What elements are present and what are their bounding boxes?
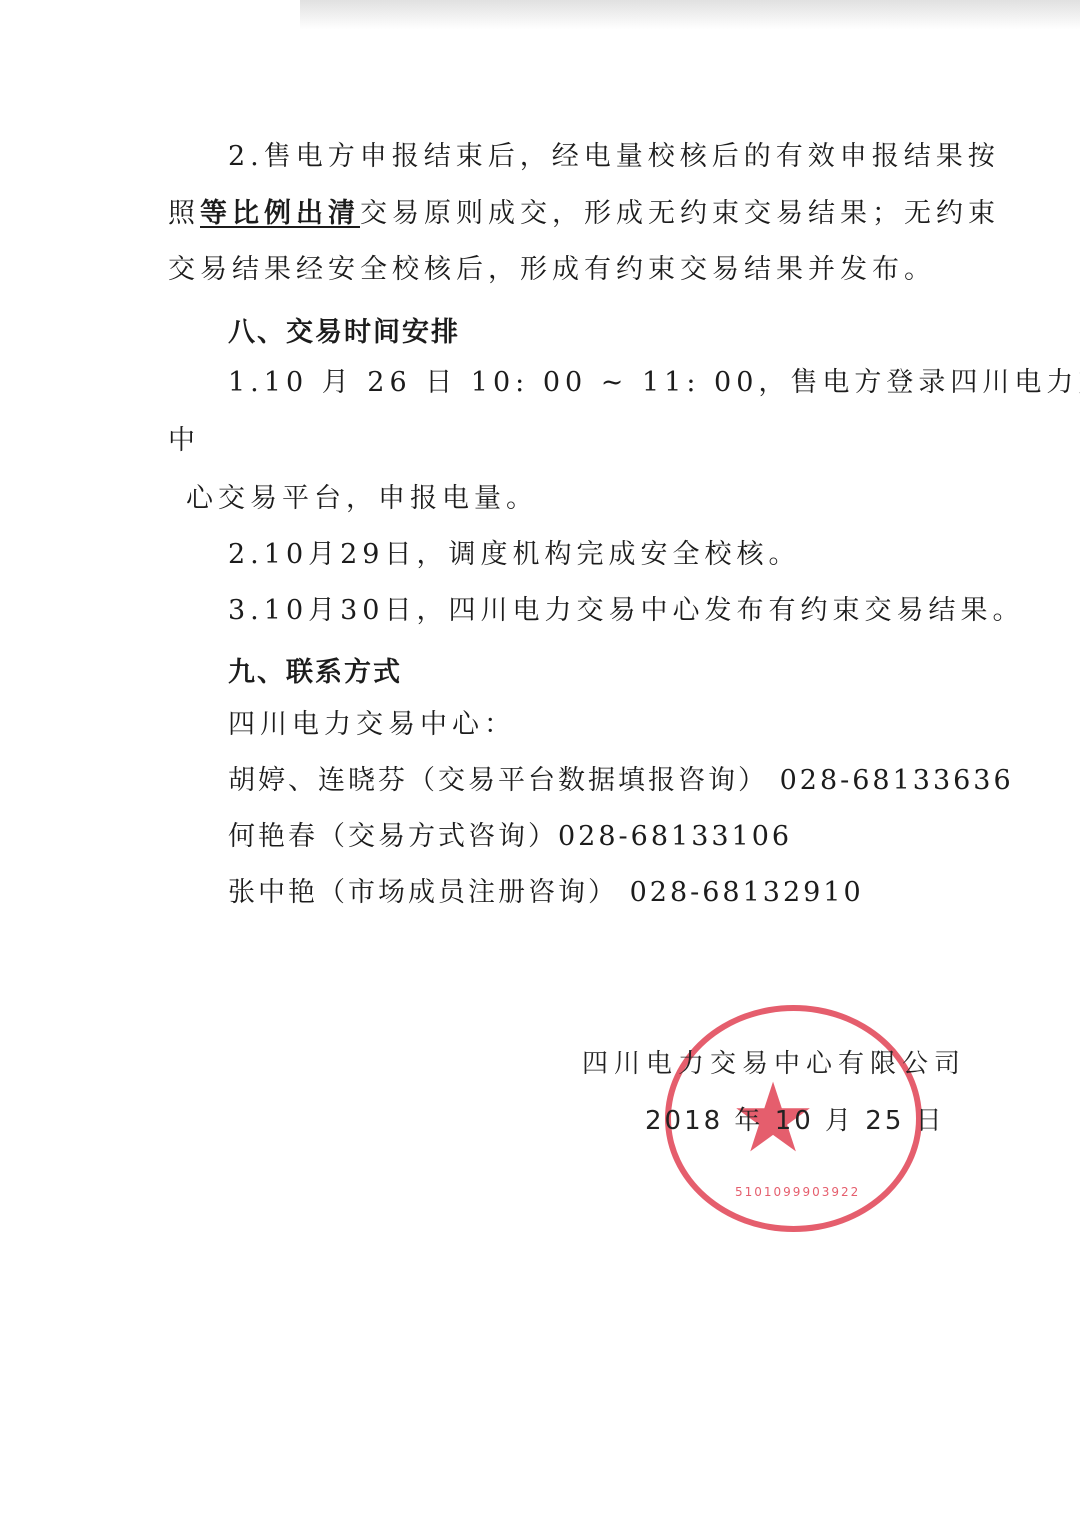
signature-company: 四川电力交易中心有限公司: [582, 1043, 966, 1080]
contact-org: 四川电力交易中心：: [228, 708, 516, 742]
contact-2: 何艳春（交易方式咨询）028-68133106: [228, 820, 792, 854]
contact-1: 胡婷、连晓芬（交易平台数据填报咨询） 028-68133636: [228, 764, 1014, 798]
signature-date: 2018 年 10 月 25 日: [645, 1100, 945, 1137]
schedule-item-1: 1.10 月 26 日 10: 00 ~ 11: 00，售电方登录四川电力交易: [228, 366, 1080, 400]
emphasis-text: 等比例出清: [200, 198, 360, 229]
section-heading-8: 八、交易时间安排: [228, 310, 460, 349]
scan-shadow: [300, 0, 1080, 30]
contact-3: 张中艳（市场成员注册咨询） 028-68132910: [228, 876, 864, 910]
text: 照: [168, 198, 200, 229]
para-7-2-line3: 交易结果经安全校核后，形成有约束交易结果并发布。: [168, 253, 936, 287]
para-7-2-line2: 照等比例出清交易原则成交，形成无约束交易结果；无约束: [168, 197, 1000, 231]
para-7-2-line1: 2.售电方申报结束后，经电量校核后的有效申报结果按: [228, 140, 1000, 174]
schedule-item-3: 3.10月30日，四川电力交易中心发布有约束交易结果。: [228, 594, 1024, 628]
section-heading-9: 九、联系方式: [228, 650, 402, 689]
schedule-item-1-cont2: 心交易平台，申报电量。: [186, 482, 538, 516]
schedule-item-1-cont: 中: [168, 424, 200, 458]
text: 交易原则成交，形成无约束交易结果；无约束: [360, 198, 1000, 229]
seal-number: 5101099903922: [735, 1185, 860, 1199]
schedule-item-2: 2.10月29日，调度机构完成安全校核。: [228, 538, 800, 572]
